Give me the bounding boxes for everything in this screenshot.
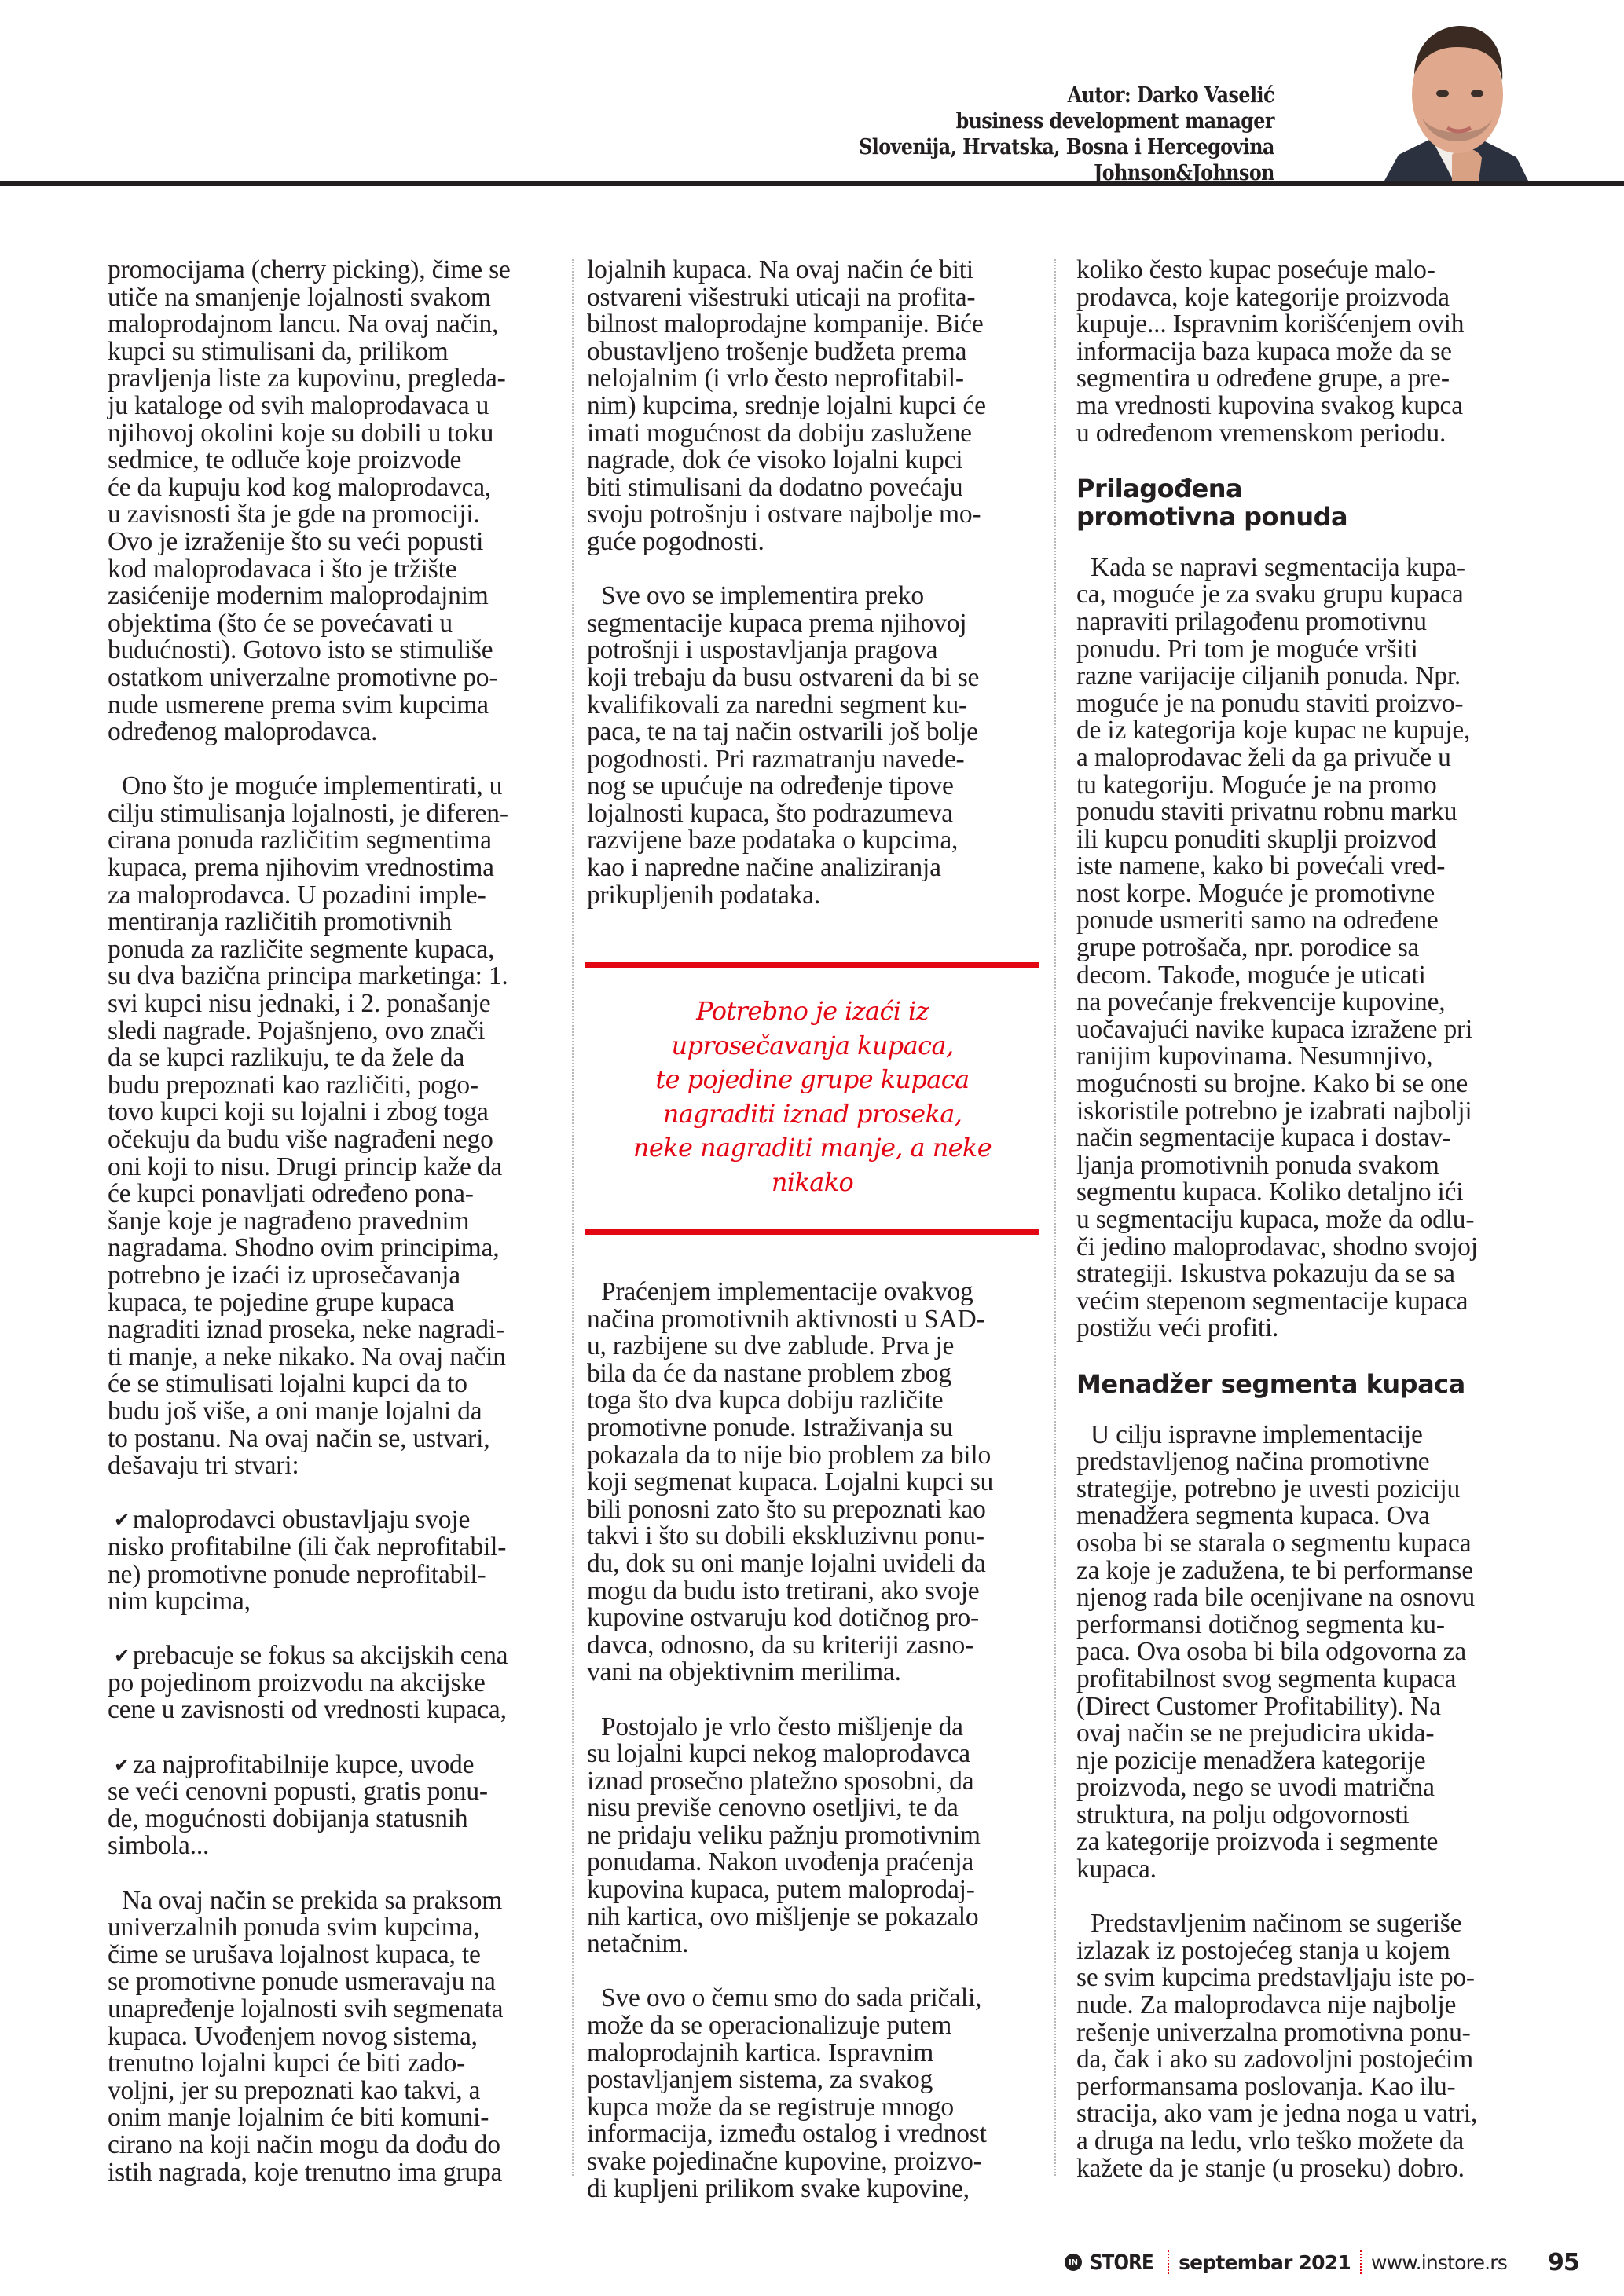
text-line: za najprofitabilnije kupce, uvode <box>133 1750 474 1779</box>
text-line: prebacuje se fokus sa akcijskih cena <box>133 1641 508 1670</box>
text-line: se promotivne ponude usmeravaju na <box>108 1968 559 1996</box>
text-line: nisko profitabilne (ili čak neprofitabil… <box>108 1534 559 1562</box>
section-heading-prilagodjena: Prilagođena promotivna ponuda <box>1076 474 1524 531</box>
text-line: davca, odnosno, da su kriteriji zasno- <box>587 1632 1043 1660</box>
text-line: cirana ponuda različitim segmentima <box>108 827 559 855</box>
text-line: iste namene, kako bi povećali vred- <box>1076 853 1524 881</box>
text-line: kupaca. Uvođenjem novog sistema, <box>108 2023 559 2051</box>
text-line: segmentacije kupaca prema njihovoj <box>587 610 1043 638</box>
text-line: kupaca. <box>1076 1856 1524 1884</box>
text-line: oni koji to nisu. Drugi princip kaže da <box>108 1154 559 1181</box>
text-line: obustavljeno trošenje budžeta prema <box>587 339 1043 366</box>
text-line: nude usmerene prema svim kupcima <box>108 692 559 720</box>
text-line: takvi i što su dobili ekskluzivnu ponu- <box>587 1523 1043 1551</box>
text-line: voljni, jer su prepoznati kao takvi, a <box>108 2078 559 2105</box>
text-line: maloprodajnih kartica. Ispravnim <box>587 2040 1043 2067</box>
website-link[interactable]: www.instore.rs <box>1371 2251 1507 2274</box>
paragraph: U cilju ispravne implementacije predstav… <box>1076 1422 1524 1884</box>
text-line: strategiji. Iskustva pokazuju da se sa <box>1076 1261 1524 1288</box>
pull-quote-line: nikako <box>585 1166 1039 1200</box>
column-divider <box>572 259 574 2176</box>
pull-quote-line: neke nagraditi manje, a neke <box>585 1131 1039 1166</box>
article-column-3: koliko često kupac posećuje malo- prodav… <box>1076 257 1524 2182</box>
text-line: ti manje, a neke nikako. Na ovaj način <box>108 1344 559 1371</box>
text-line: da, čak i ako su zadovoljni postojećim <box>1076 2046 1524 2074</box>
text-line: onim manje lojalnim će biti komuni- <box>108 2104 559 2132</box>
text-line: grupe potrošača, npr. porodice sa <box>1076 935 1524 962</box>
text-line: ponuda za različite segmente kupaca, <box>108 936 559 964</box>
text-line: napraviti prilagođenu promotivnu <box>1076 609 1524 636</box>
text-line: nagraditi iznad proseka, neke nagradi- <box>108 1316 559 1344</box>
text-line: Postojalo je vrlo često mišljenje da <box>587 1714 1043 1741</box>
text-line: U cilju ispravne implementacije <box>1076 1422 1524 1449</box>
text-line: nagrade, dok će visoko lojalni kupci <box>587 447 1043 474</box>
text-line: (Direct Customer Profitability). Na <box>1076 1694 1524 1721</box>
pull-quote-rule-bottom <box>585 1229 1039 1235</box>
text-line: može da se operacionalizuje putem <box>587 2012 1043 2040</box>
paragraph: Sve ovo se implementira preko segmentaci… <box>587 583 1043 909</box>
author-portrait <box>1359 20 1548 181</box>
text-line: maloprodavci obustavljaju svoje <box>133 1505 470 1534</box>
text-line: nog se upućuje na određenje tipove <box>587 773 1043 800</box>
text-line: kupca može da se registruje mnogo <box>587 2094 1043 2122</box>
text-line: performansama poslovanja. Kao ilu- <box>1076 2074 1524 2101</box>
section-heading-menadzer: Menadžer segmenta kupaca <box>1076 1370 1524 1398</box>
text-line: struktura, na polju odgovornosti <box>1076 1802 1524 1829</box>
text-line: izlazak iz postojećeg stanja u kojem <box>1076 1938 1524 1965</box>
text-line: netačnim. <box>587 1931 1043 1958</box>
text-line: sledi nagrade. Pojašnjeno, ovo znači <box>108 1018 559 1045</box>
text-line: uočavajući navike kupaca izražene pri <box>1076 1016 1524 1044</box>
text-line: maloprodajnom lancu. Na ovaj način, <box>108 311 559 339</box>
text-line: potrošnji i uspostavljanja pragova <box>587 637 1043 665</box>
text-line: trenutno lojalni kupci će biti zado- <box>108 2050 559 2078</box>
text-line: koliko često kupac posećuje malo- <box>1076 257 1524 284</box>
text-line: ili kupcu ponuditi skuplji proizvod <box>1076 826 1524 854</box>
text-line: ponude usmeriti samo na određene <box>1076 907 1524 935</box>
pull-quote-line: te pojedine grupe kupaca <box>585 1063 1039 1097</box>
text-line: razne varijacije ciljanih ponuda. Npr. <box>1076 663 1524 690</box>
text-line: postavljanjem sistema, za svakog <box>587 2067 1043 2094</box>
pull-quote-rule-top <box>585 962 1039 968</box>
text-line: Na ovaj način se prekida sa praksom <box>108 1888 559 1915</box>
text-line: Kada se napravi segmentacija kupa- <box>1076 555 1524 582</box>
text-line: nelojalnim (i vrlo često neprofitabil- <box>587 365 1043 393</box>
text-line: istih nagrada, koje trenutno ima grupa <box>108 2159 559 2187</box>
column-divider <box>1054 259 1056 2176</box>
text-line: većim stepenom segmentacije kupaca <box>1076 1288 1524 1316</box>
text-line: Praćenjem implementacije ovakvog <box>587 1279 1043 1306</box>
text-line: za maloprodavca. U pozadini imple- <box>108 882 559 910</box>
text-line: po pojedinom proizvodu na akcijske <box>108 1670 559 1697</box>
text-line: toga što dva kupca dobiju različite <box>587 1387 1043 1415</box>
text-line: profitabilnost svog segmenta kupaca <box>1076 1666 1524 1694</box>
text-line: strategije, potrebno je uvesti poziciju <box>1076 1476 1524 1503</box>
bullet-item: ✔maloprodavci obustavljaju svoje nisko p… <box>108 1507 559 1615</box>
paragraph: Kada se napravi segmentacija kupa- ca, m… <box>1076 555 1524 1342</box>
text-line: du, dok su oni manje lojalni uvideli da <box>587 1551 1043 1578</box>
text-line: svoju potrošnju i ostvare najbolje mo- <box>587 501 1043 529</box>
text-line: ostatkom univerzalne promotivne po- <box>108 665 559 692</box>
text-line: prodavca, koje kategorije proizvoda <box>1076 284 1524 312</box>
text-line: paca, te na taj način ostvarili još bolj… <box>587 719 1043 746</box>
author-byline: Autor: Darko Vaselić business developmen… <box>859 82 1274 186</box>
text-line: kupuje... Ispravnim korišćenjem ovih <box>1076 311 1524 339</box>
pull-quote-line: nagraditi iznad proseka, <box>585 1097 1039 1132</box>
page-number: 95 <box>1548 2249 1579 2276</box>
text-line: a druga na ledu, vrlo teško možete da <box>1076 2128 1524 2155</box>
text-line: zasićenije modernim maloprodajnim <box>108 583 559 610</box>
text-line: tu kategoriju. Moguće je na promo <box>1076 772 1524 800</box>
text-line: Ono što je moguće implementirati, u <box>108 773 559 800</box>
magazine-brand: STORE <box>1090 2250 1153 2275</box>
paragraph: Ono što je moguće implementirati, u cilj… <box>108 773 559 1479</box>
heading-line: promotivna ponuda <box>1076 503 1524 531</box>
text-line: ovaj način se ne prejudicira ukida- <box>1076 1720 1524 1748</box>
text-line: nih kartica, ovo mišljenje se pokazalo <box>587 1904 1043 1932</box>
text-line: za kategorije proizvoda i segmente <box>1076 1829 1524 1856</box>
text-line: kao i napredne načine analiziranja <box>587 855 1043 882</box>
text-line: u određenom vremenskom periodu. <box>1076 420 1524 448</box>
text-line: unapređenje lojalnosti svih segmenata <box>108 1996 559 2023</box>
text-line: kupovine ostvaruju kod dotičnog pro- <box>587 1605 1043 1632</box>
pull-quote-line: Potrebno je izaći iz <box>585 994 1039 1029</box>
text-line: pokazala da to nije bio problem za bilo <box>587 1442 1043 1470</box>
text-line: bila da će da nastane problem zbog <box>587 1360 1043 1388</box>
text-line: menadžera segmenta kupaca. Ova <box>1076 1503 1524 1530</box>
text-line: cene u zavisnosti od vrednosti kupaca, <box>108 1697 559 1724</box>
text-line: informacija, između ostalog i vrednost <box>587 2121 1043 2148</box>
text-line: nost korpe. Moguće je promotivne <box>1076 881 1524 908</box>
text-line: koji trebaju da busu ostvareni da bi se <box>587 665 1043 692</box>
text-line: osoba bi se starala o segmentu kupaca <box>1076 1530 1524 1558</box>
text-line: se svim kupcima predstavljaju iste po- <box>1076 1965 1524 1992</box>
text-line: šanje koje je nagrađeno pravednim <box>108 1208 559 1236</box>
paragraph: Predstavljenim načinom se sugeriše izlaz… <box>1076 1910 1524 2182</box>
text-line: Ovo je izraženije što su veći popusti <box>108 529 559 556</box>
text-line: rešenje univerzalna promotivna ponu- <box>1076 2020 1524 2047</box>
text-line: pogodnosti. Pri razmatranju navede- <box>587 746 1043 774</box>
text-line: to postanu. Na ovaj način se, ustvari, <box>108 1426 559 1453</box>
text-line: imati mogućnost da dobiju zaslužene <box>587 420 1043 448</box>
text-line: kupaca, te pojedine grupe kupaca <box>108 1290 559 1317</box>
footer-separator <box>1360 2250 1362 2274</box>
text-line: ma vrednosti kupovina svakog kupca <box>1076 393 1524 420</box>
text-line: simbola... <box>108 1833 559 1860</box>
text-line: univerzalnih ponuda svim kupcima, <box>108 1914 559 1942</box>
text-line: kupaca, prema njihovim vrednostima <box>108 855 559 882</box>
text-line: Predstavljenim načinom se sugeriše <box>1076 1910 1524 1938</box>
text-line: ne pridaju veliku pažnju promotivnim <box>587 1822 1043 1850</box>
text-line: iznad prosečno platežno sposobni, da <box>587 1768 1043 1796</box>
text-line: lojalnih kupaca. Na ovaj način će biti <box>587 257 1043 284</box>
text-line: budućnosti). Gotovo isto se stimuliše <box>108 637 559 665</box>
text-line: nim) kupcima, srednje lojalni kupci će <box>587 393 1043 420</box>
text-line: nagradama. Shodno ovim principima, <box>108 1235 559 1262</box>
text-line: mogućnosti su brojne. Kako bi se one <box>1076 1071 1524 1098</box>
text-line: potrebno je izaći iz uprosečavanja <box>108 1262 559 1290</box>
text-line: njihovoj okolini koje su dobili u toku <box>108 420 559 448</box>
text-line: ljanja promotivnih ponuda svakom <box>1076 1152 1524 1180</box>
text-line: mentiranja različitih promotivnih <box>108 909 559 936</box>
text-line: stracija, ako vam je jedna noga u vatri, <box>1076 2100 1524 2128</box>
text-line: način segmentacije kupaca i dostav- <box>1076 1125 1524 1152</box>
text-line: cilju stimulisanja lojalnosti, je difere… <box>108 800 559 828</box>
check-icon: ✔ <box>108 1509 133 1531</box>
text-line: nisu previše cenovno osetljivi, te da <box>587 1795 1043 1822</box>
text-line: nude. Za maloprodavca nije najbolje <box>1076 1992 1524 2020</box>
text-line: u segmentaciju kupaca, može da odlu- <box>1076 1207 1524 1234</box>
text-line: dešavaju tri stvari: <box>108 1452 559 1480</box>
text-line: objektima (što će se povećavati u <box>108 610 559 638</box>
text-line: razvijene baze podataka o kupcima, <box>587 827 1043 855</box>
article-column-2-bottom: Praćenjem implementacije ovakvog načina … <box>587 1279 1043 2203</box>
text-line: svake pojedinačne kupovine, proizvo- <box>587 2148 1043 2176</box>
text-line: a maloprodavac želi da ga privuče u <box>1076 745 1524 772</box>
text-line: su dva bazična principa marketinga: 1. <box>108 963 559 991</box>
text-line: ca, moguće je za svaku grupu kupaca <box>1076 581 1524 609</box>
text-line: cirano na koji način mogu da dođu do <box>108 2132 559 2159</box>
text-line: bili ponosni zato što su prepoznati kao <box>587 1496 1043 1524</box>
text-line: predstavljenog načina promotivne <box>1076 1448 1524 1476</box>
text-line: ponudama. Nakon uvođenja praćenja <box>587 1849 1043 1877</box>
text-line: de iz kategorija koje kupac ne kupuje, <box>1076 717 1524 745</box>
text-line: decom. Takođe, moguće je uticati <box>1076 962 1524 990</box>
text-line: će da kupuju kod kog maloprodavca, <box>108 474 559 502</box>
text-line: ranijim kupovinama. Nesumnjivo, <box>1076 1043 1524 1071</box>
footer-separator <box>1168 2250 1169 2274</box>
paragraph: Praćenjem implementacije ovakvog načina … <box>587 1279 1043 1686</box>
paragraph: Postojalo je vrlo često mišljenje da su … <box>587 1714 1043 1958</box>
text-line: svi kupci nisu jednaki, i 2. ponašanje <box>108 991 559 1018</box>
header-rule <box>0 181 1624 186</box>
text-line: se veći cenovni popusti, gratis ponu- <box>108 1778 559 1806</box>
text-line: lojalnosti kupaca, što podrazumeva <box>587 800 1043 828</box>
text-line: na povećanje frekvencije kupovine, <box>1076 989 1524 1016</box>
text-line: performansi dotičnog segmenta ku- <box>1076 1612 1524 1639</box>
text-line: vani na objektivnim merilima. <box>587 1659 1043 1686</box>
author-name: Autor: Darko Vaselić <box>859 82 1274 108</box>
text-line: de, mogućnosti dobijanja statusnih <box>108 1806 559 1833</box>
text-line: ponudu. Pri tom je moguće vršiti <box>1076 636 1524 664</box>
text-line: će kupci ponavljati određeno pona- <box>108 1181 559 1208</box>
pull-quote-line: uprosečavanja kupaca, <box>585 1029 1039 1064</box>
author-title: business development manager <box>859 108 1274 134</box>
text-line: određenog maloprodavca. <box>108 719 559 746</box>
text-line: nim kupcima, <box>108 1588 559 1616</box>
text-line: načina promotivnih aktivnosti u SAD- <box>587 1306 1043 1334</box>
paragraph: Sve ovo o čemu smo do sada pričali, može… <box>587 1985 1043 2203</box>
text-line: promotivne ponude. Istraživanja su <box>587 1415 1043 1442</box>
text-line: u, razbijene su dve zablude. Prva je <box>587 1333 1043 1360</box>
text-line: di kupljeni prilikom svake kupovine, <box>587 2176 1043 2203</box>
text-line: ju kataloge od svih maloprodavaca u <box>108 393 559 420</box>
text-line: prikupljenih podataka. <box>587 882 1043 910</box>
text-line: proizvoda, nego se uvodi matrična <box>1076 1774 1524 1802</box>
author-region: Slovenija, Hrvatska, Bosna i Hercegovina <box>859 134 1274 160</box>
paragraph: lojalnih kupaca. Na ovaj način će biti o… <box>587 257 1043 556</box>
page-footer: IN STORE septembar 2021 www.instore.rs 9… <box>1065 2248 1579 2276</box>
pull-quote: Potrebno je izaći iz uprosečavanja kupac… <box>585 958 1039 1241</box>
text-line: za koje je zadužena, te bi performanse <box>1076 1558 1524 1585</box>
paragraph: koliko često kupac posećuje malo- prodav… <box>1076 257 1524 447</box>
text-line: Sve ovo se implementira preko <box>587 583 1043 610</box>
article-column-2-top: lojalnih kupaca. Na ovaj način će biti o… <box>587 257 1043 909</box>
bullet-item: ✔za najprofitabilnije kupce, uvode se ve… <box>108 1752 559 1860</box>
text-line: budu još više, a oni manje lojalni da <box>108 1398 559 1426</box>
text-line: mogu da budu isto tretirani, ako svoje <box>587 1578 1043 1606</box>
heading-line: Menadžer segmenta kupaca <box>1076 1370 1524 1398</box>
text-line: kod maloprodavaca i što je tržište <box>108 556 559 584</box>
text-line: paca. Ova osoba bi bila odgovorna za <box>1076 1639 1524 1666</box>
text-line: guće pogodnosti. <box>587 529 1043 556</box>
text-line: či jedino maloprodavac, shodno svojoj <box>1076 1234 1524 1262</box>
text-line: su lojalni kupci nekog maloprodavca <box>587 1741 1043 1768</box>
bullet-item: ✔prebacuje se fokus sa akcijskih cena po… <box>108 1642 559 1724</box>
text-line: kupci su stimulisani da, prilikom <box>108 339 559 366</box>
check-icon: ✔ <box>108 1754 133 1776</box>
text-line: segmentu kupaca. Koliko detaljno ići <box>1076 1179 1524 1207</box>
heading-line: Prilagođena <box>1076 474 1524 503</box>
text-line: Sve ovo o čemu smo do sada pričali, <box>587 1985 1043 2012</box>
text-line: čime se urušava lojalnost kupaca, te <box>108 1942 559 1969</box>
text-line: moguće je na ponudu staviti proizvo- <box>1076 690 1524 718</box>
text-line: očekuju da budu više nagrađeni nego <box>108 1126 559 1154</box>
text-line: ne) promotivne ponude neprofitabil- <box>108 1562 559 1589</box>
text-line: pravljenja liste za kupovinu, pregleda- <box>108 365 559 393</box>
portrait-illustration-icon <box>1359 20 1548 181</box>
text-line: iskoristile potrebno je izabrati najbolj… <box>1076 1098 1524 1126</box>
instore-logo-icon: IN <box>1065 2254 1082 2271</box>
paragraph: Na ovaj način se prekida sa praksom univ… <box>108 1888 559 2187</box>
text-line: da se kupci razlikuju, te da žele da <box>108 1045 559 1072</box>
text-line: sedmice, te odluče koje proizvode <box>108 447 559 474</box>
text-line: promocijama (cherry picking), čime se <box>108 257 559 284</box>
text-line: postižu veći profiti. <box>1076 1315 1524 1342</box>
text-line: kupovina kupaca, putem maloprodaj- <box>587 1877 1043 1904</box>
paragraph: promocijama (cherry picking), čime se ut… <box>108 257 559 746</box>
text-line: kvalifikovali za naredni segment ku- <box>587 692 1043 720</box>
text-line: njenog rada bile ocenjivane na osnovu <box>1076 1584 1524 1612</box>
text-line: bilnost maloprodajne kompanije. Biće <box>587 311 1043 339</box>
text-line: nje pozicije menadžera kategorije <box>1076 1748 1524 1775</box>
text-line: u zavisnosti šta je gde na promociji. <box>108 501 559 529</box>
text-line: segmentira u određene grupe, a pre- <box>1076 365 1524 393</box>
text-line: će se stimulisati lojalni kupci da to <box>108 1371 559 1398</box>
text-line: ostvareni višestruki uticaji na profita- <box>587 284 1043 312</box>
issue-date: septembar 2021 <box>1179 2251 1351 2274</box>
article-column-1: promocijama (cherry picking), čime se ut… <box>108 257 559 2186</box>
pull-quote-text: Potrebno je izaći iz uprosečavanja kupac… <box>585 994 1039 1200</box>
text-line: biti stimulisani da dodatno povećaju <box>587 474 1043 502</box>
text-line: informacija baza kupaca može da se <box>1076 339 1524 366</box>
text-line: budu prepoznati kao različiti, pogo- <box>108 1072 559 1100</box>
text-line: kažete da je stanje (u proseku) dobro. <box>1076 2155 1524 2183</box>
text-line: koji segmenat kupaca. Lojalni kupci su <box>587 1469 1043 1496</box>
text-line: ponudu staviti privatnu robnu marku <box>1076 799 1524 826</box>
text-line: tovo kupci koji su lojalni i zbog toga <box>108 1099 559 1126</box>
check-icon: ✔ <box>108 1645 133 1667</box>
text-line: utiče na smanjenje lojalnosti svakom <box>108 284 559 312</box>
